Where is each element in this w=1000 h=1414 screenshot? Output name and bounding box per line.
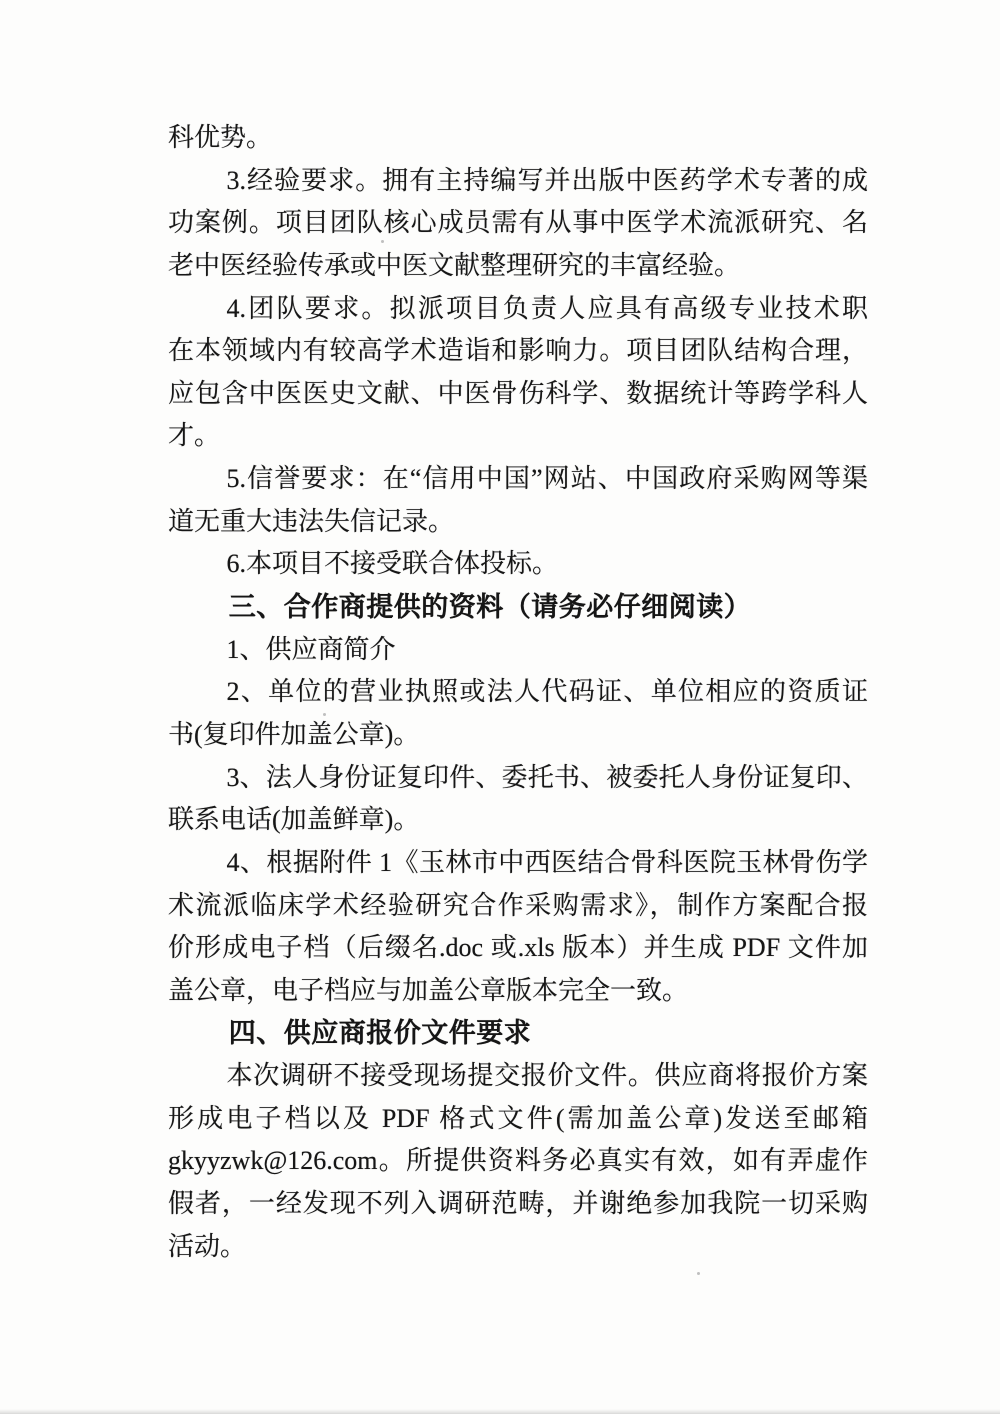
text-block: 科优势。3.经验要求。拥有主持编写并出版中医药学术专著的成功案例。项目团队核心成… — [168, 117, 868, 1268]
paragraph: 2、单位的营业执照或法人代码证、单位相应的资质证书(复印件加盖公章)。 — [168, 671, 868, 756]
scan-speck — [323, 713, 326, 716]
paragraph: 3、法人身份证复印件、委托书、被委托人身份证复印、联系电话(加盖鲜章)。 — [168, 757, 868, 842]
text-line: 功案例。项目团队核心成员需有从事中医学术流派研究、名 — [168, 202, 868, 245]
scan-edge-shadow — [0, 1409, 1000, 1414]
paragraph: 科优势。 — [168, 117, 868, 160]
text-line: 3.经验要求。拥有主持编写并出版中医药学术专著的成 — [168, 160, 868, 203]
text-line: 术流派临床学术经验研究合作采购需求》，制作方案配合报 — [168, 885, 868, 928]
paragraph: 1、供应商简介 — [168, 629, 868, 672]
text-line: 道无重大违法失信记录。 — [168, 501, 868, 544]
text-line: 形成电子档以及 PDF 格式文件(需加盖公章)发送至邮箱 — [168, 1098, 868, 1141]
text-line: gkyyzwk@126.com。所提供资料务必真实有效，如有弄虚作 — [168, 1140, 868, 1183]
text-line: 活动。 — [168, 1226, 868, 1269]
text-line: 4、根据附件 1《玉林市中西医结合骨科医院玉林骨伤学 — [168, 842, 868, 885]
text-line: 5.信誉要求：在“信用中国”网站、中国政府采购网等渠 — [168, 458, 868, 501]
text-line: 老中医经验传承或中医文献整理研究的丰富经验。 — [168, 245, 868, 288]
text-line: 盖公章，电子档应与加盖公章版本完全一致。 — [168, 970, 868, 1013]
section-heading: 四、供应商报价文件要求 — [168, 1012, 868, 1055]
scan-speck — [381, 240, 384, 243]
text-line: 本次调研不接受现场提交报价文件。供应商将报价方案 — [168, 1055, 868, 1098]
paragraph: 4、根据附件 1《玉林市中西医结合骨科医院玉林骨伤学术流派临床学术经验研究合作采… — [168, 842, 868, 1013]
scan-speck — [697, 1272, 700, 1275]
text-line: 4.团队要求。拟派项目负责人应具有高级专业技术职称， — [168, 288, 868, 331]
paragraph: 5.信誉要求：在“信用中国”网站、中国政府采购网等渠道无重大违法失信记录。 — [168, 458, 868, 543]
scanned-document-page: 科优势。3.经验要求。拥有主持编写并出版中医药学术专著的成功案例。项目团队核心成… — [0, 0, 1000, 1414]
text-line: 假者，一经发现不列入调研范畴，并谢绝参加我院一切采购 — [168, 1183, 868, 1226]
text-line: 3、法人身份证复印件、委托书、被委托人身份证复印、 — [168, 757, 868, 800]
text-line: 1、供应商简介 — [168, 629, 868, 672]
text-line: 三、合作商提供的资料（请务必仔细阅读） — [168, 586, 868, 629]
paragraph: 3.经验要求。拥有主持编写并出版中医药学术专著的成功案例。项目团队核心成员需有从… — [168, 160, 868, 288]
text-line: 科优势。 — [168, 117, 868, 160]
paragraph: 6.本项目不接受联合体投标。 — [168, 543, 868, 586]
text-line: 联系电话(加盖鲜章)。 — [168, 799, 868, 842]
text-line: 应包含中医医史文献、中医骨伤科学、数据统计等跨学科人 — [168, 373, 868, 416]
paragraph: 本次调研不接受现场提交报价文件。供应商将报价方案形成电子档以及 PDF 格式文件… — [168, 1055, 868, 1268]
text-line: 四、供应商报价文件要求 — [168, 1012, 868, 1055]
text-line: 在本领域内有较高学术造诣和影响力。项目团队结构合理， — [168, 330, 868, 373]
text-line: 2、单位的营业执照或法人代码证、单位相应的资质证 — [168, 671, 868, 714]
text-line: 才。 — [168, 415, 868, 458]
text-line: 6.本项目不接受联合体投标。 — [168, 543, 868, 586]
text-line: 价形成电子档（后缀名.doc 或.xls 版本）并生成 PDF 文件加 — [168, 927, 868, 970]
text-line: 书(复印件加盖公章)。 — [168, 714, 868, 757]
section-heading: 三、合作商提供的资料（请务必仔细阅读） — [168, 586, 868, 629]
paragraph: 4.团队要求。拟派项目负责人应具有高级专业技术职称，在本领域内有较高学术造诣和影… — [168, 288, 868, 459]
